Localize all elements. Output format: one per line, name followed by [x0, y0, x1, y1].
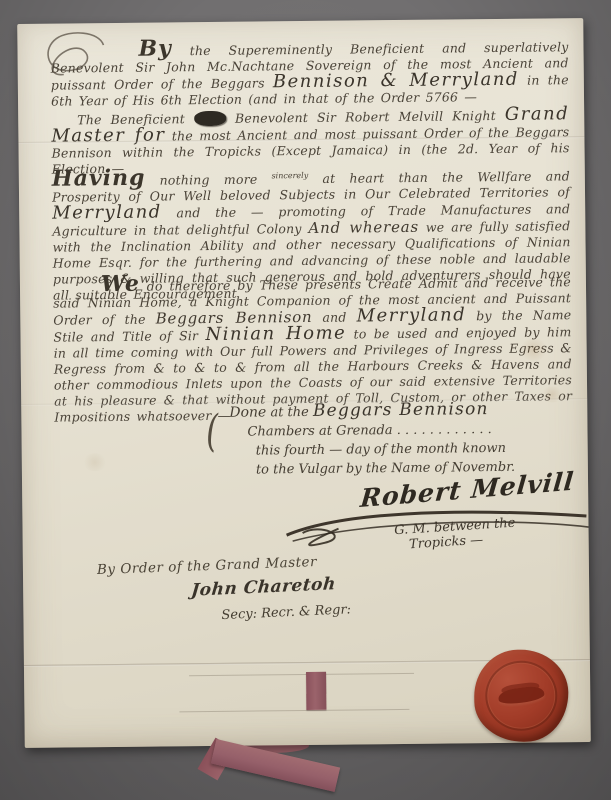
and-whereas-display: And whereas: [308, 218, 419, 237]
drop-initial: We: [101, 271, 140, 297]
photo-background: By the Supereminently Beneficient and su…: [0, 0, 611, 800]
merryland-display: Merryland: [52, 202, 162, 224]
slit-guide-line: [189, 673, 414, 676]
grand-master-title: G. M. between the Tropicks —: [394, 516, 517, 554]
order-name-display: Bennison & Merryland: [273, 69, 519, 93]
text-run: Benevolent Sir Robert Melvill Knight: [226, 108, 505, 126]
ninian-home-display: Ninian Home: [205, 323, 346, 345]
by-order-line: By Order of the Grand Master: [97, 554, 318, 578]
ink-blot: and: [194, 111, 226, 126]
text-run: nothing more: [145, 171, 271, 187]
wax-seal: [474, 649, 569, 742]
drop-initial: Having: [52, 165, 146, 192]
dateline-block: Done at the Beggars Bennison Chambers at…: [229, 400, 515, 480]
secretary-signature: John Charetoh: [190, 574, 337, 601]
dateline-at-the: at the: [266, 405, 313, 420]
manuscript-page: By the Supereminently Beneficient and su…: [17, 18, 591, 748]
dateline-done: Done: [229, 404, 266, 420]
merryland-display: Merryland: [357, 304, 467, 326]
dateline-paren: (: [206, 406, 219, 457]
paragraph-preamble: By the Supereminently Beneficient and su…: [50, 36, 569, 109]
secretary-title: Secy: Recr. & Regr:: [221, 602, 351, 623]
drop-initial: By: [138, 35, 172, 61]
ribbon-through-slit: [306, 672, 326, 710]
foxing-stain: [82, 453, 108, 471]
slit-guide-line: [179, 709, 409, 712]
interlinear-insertion: sincerely: [272, 171, 309, 180]
